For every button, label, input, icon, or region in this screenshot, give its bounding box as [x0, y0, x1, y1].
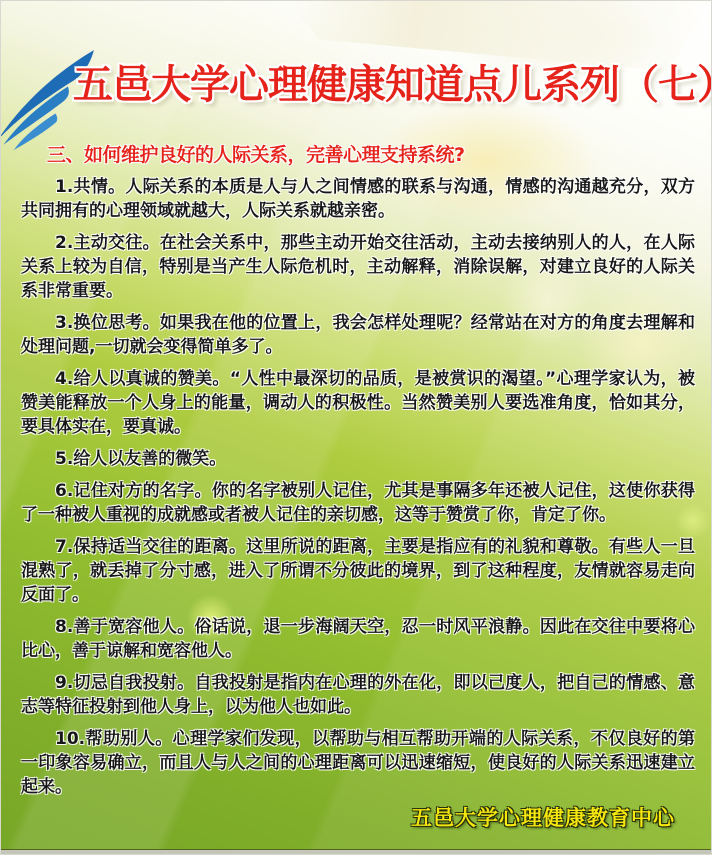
- body-paragraph-6: 6.记住对方的名字。你的名字被别人记住，尤其是事隔多年还被人记住，这使你获得了一…: [21, 479, 695, 527]
- body-paragraph-5: 5.给人以友善的微笑。: [21, 447, 695, 471]
- body-paragraph-7: 7.保持适当交往的距离。这里所说的距离，主要是指应有的礼貌和尊敬。有些人一旦混熟…: [21, 535, 695, 607]
- body-content: 1.共情。人际关系的本质是人与人之间情感的联系与沟通，情感的沟通越充分，双方共同…: [21, 175, 695, 807]
- body-paragraph-3: 3.换位思考。如果我在他的位置上，我会怎样处理呢？经常站在对方的角度去理解和处理…: [21, 311, 695, 359]
- body-paragraph-9: 9.切忌自我投射。自我投射是指内在心理的外在化，即以己度人，把自己的情感、意志等…: [21, 671, 695, 719]
- body-paragraph-8: 8.善于宽容他人。俗话说，退一步海阔天空，忍一时风平浪静。因此在交往中要将心比心…: [21, 615, 695, 663]
- body-paragraph-4: 4.给人以真诚的赞美。“人性中最深切的品质，是被赏识的渴望。”心理学家认为，被赞…: [21, 367, 695, 439]
- body-paragraph-1: 1.共情。人际关系的本质是人与人之间情感的联系与沟通，情感的沟通越充分，双方共同…: [21, 175, 695, 223]
- body-paragraph-10: 10.帮助别人。心理学家们发现，以帮助与相互帮助开端的人际关系，不仅良好的第一印…: [21, 727, 695, 799]
- footer-credit: 五邑大学心理健康教育中心: [411, 802, 675, 832]
- poster: 五邑大学心理健康知道点儿系列（七） 三、如何维护良好的人际关系，完善心理支持系统…: [0, 0, 712, 855]
- section-heading: 三、如何维护良好的人际关系，完善心理支持系统?: [47, 140, 465, 167]
- body-paragraph-2: 2.主动交往。在社会关系中，那些主动开始交往活动，主动去接纳别人的人，在人际关系…: [21, 231, 695, 303]
- poster-title: 五邑大学心理健康知道点儿系列（七）: [73, 53, 712, 110]
- bottom-edge-strip: [1, 849, 711, 854]
